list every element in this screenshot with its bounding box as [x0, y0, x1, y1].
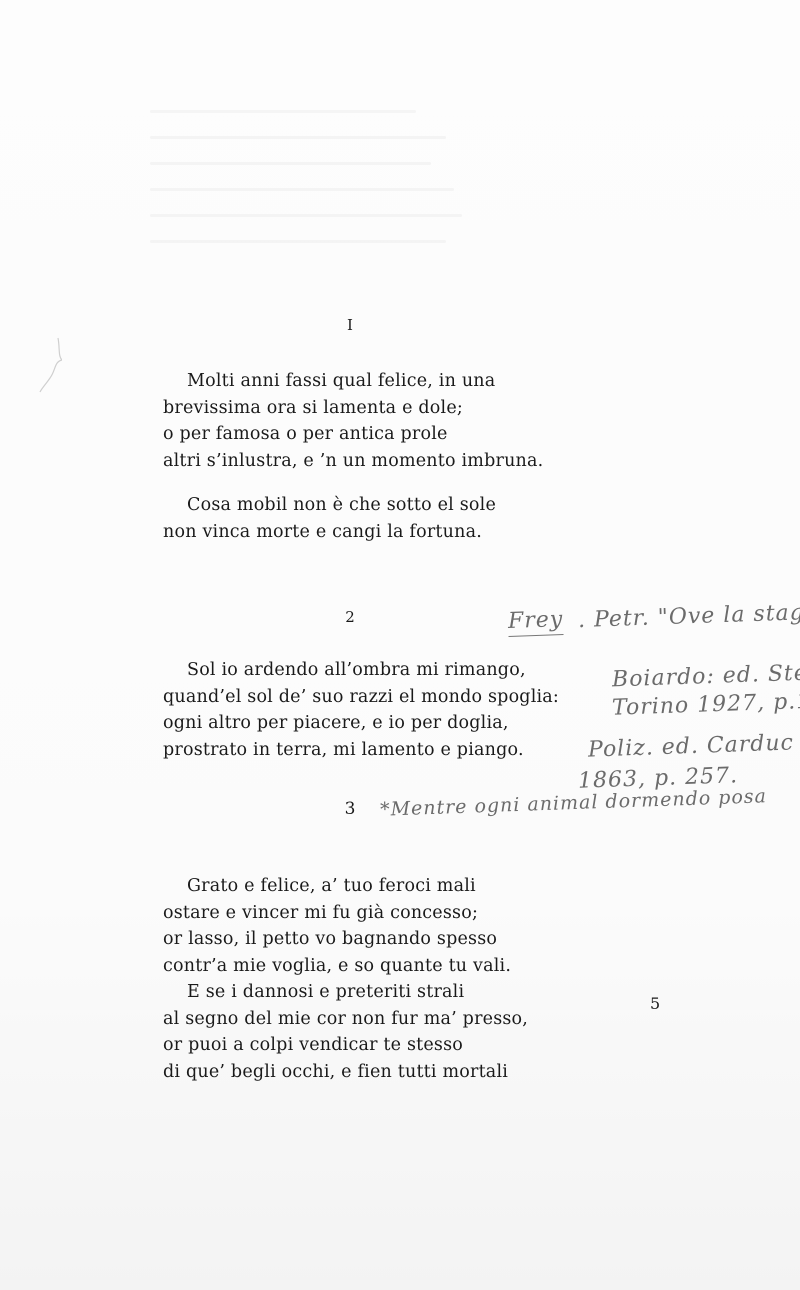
line-number-marker: 5	[650, 994, 660, 1013]
handwritten-note-text: Frey	[508, 607, 564, 637]
verse-line: non vinca morte e cangi la fortuna.	[163, 519, 496, 546]
verse-line: ogni altro per piacere, e io per doglia,	[163, 710, 559, 737]
margin-bracket-mark	[38, 334, 62, 394]
verse-line: contr’a mie voglia, e so quante tu vali.	[163, 953, 528, 980]
verse-line: brevissima ora si lamenta e dole;	[163, 395, 543, 422]
verse-line: E se i dannosi e preteriti strali	[163, 979, 528, 1006]
verse-line: or lasso, il petto vo bagnando spesso	[163, 926, 528, 953]
verse-line: ostare e vincer mi fu già concesso;	[163, 900, 528, 927]
verse-line: altri s’inlustra, e ’n un momento imbrun…	[163, 448, 543, 475]
verse-line: Grato e felice, a’ tuo feroci mali	[163, 873, 528, 900]
verse-line: Sol io ardendo all’ombra mi rimango,	[163, 657, 559, 684]
poem-3-stanza-1: Grato e felice, a’ tuo feroci mali ostar…	[163, 873, 528, 1085]
handwritten-note: Poliz. ed. Carduc	[588, 730, 795, 762]
scanned-page: I Molti anni fassi qual felice, in una b…	[0, 0, 800, 1290]
handwritten-note: Frey	[508, 607, 564, 634]
verse-line: al segno del mie cor non fur ma’ presso,	[163, 1006, 528, 1033]
handwritten-note: *Mentre ogni animal dormendo posa	[380, 785, 768, 820]
poem-number-2: 2	[330, 608, 370, 626]
verse-line: di que’ begli occhi, e fien tutti mortal…	[163, 1059, 528, 1086]
verse-line: Molti anni fassi qual felice, in una	[163, 368, 543, 395]
verse-line: Cosa mobil non è che sotto el sole	[163, 492, 496, 519]
poem-number-3: 3	[330, 799, 370, 819]
handwritten-note: Boiardo: ed. Ste	[612, 661, 800, 693]
handwritten-note: Torino 1927, p.13	[612, 688, 800, 720]
bleed-through-text	[150, 110, 530, 270]
poem-1-stanza-2: Cosa mobil non è che sotto el sole non v…	[163, 492, 496, 545]
handwritten-note: . Petr. "Ove la stagi	[578, 600, 800, 633]
verse-line: o per famosa o per antica prole	[163, 421, 543, 448]
verse-line: or puoi a colpi vendicar te stesso	[163, 1032, 528, 1059]
poem-2-stanza-1: Sol io ardendo all’ombra mi rimango, qua…	[163, 657, 559, 763]
poem-1-stanza-1: Molti anni fassi qual felice, in una bre…	[163, 368, 543, 474]
poem-number-1: I	[330, 316, 370, 334]
verse-line: quand’el sol de’ suo razzi el mondo spog…	[163, 684, 559, 711]
verse-line: prostrato in terra, mi lamento e piango.	[163, 737, 559, 764]
